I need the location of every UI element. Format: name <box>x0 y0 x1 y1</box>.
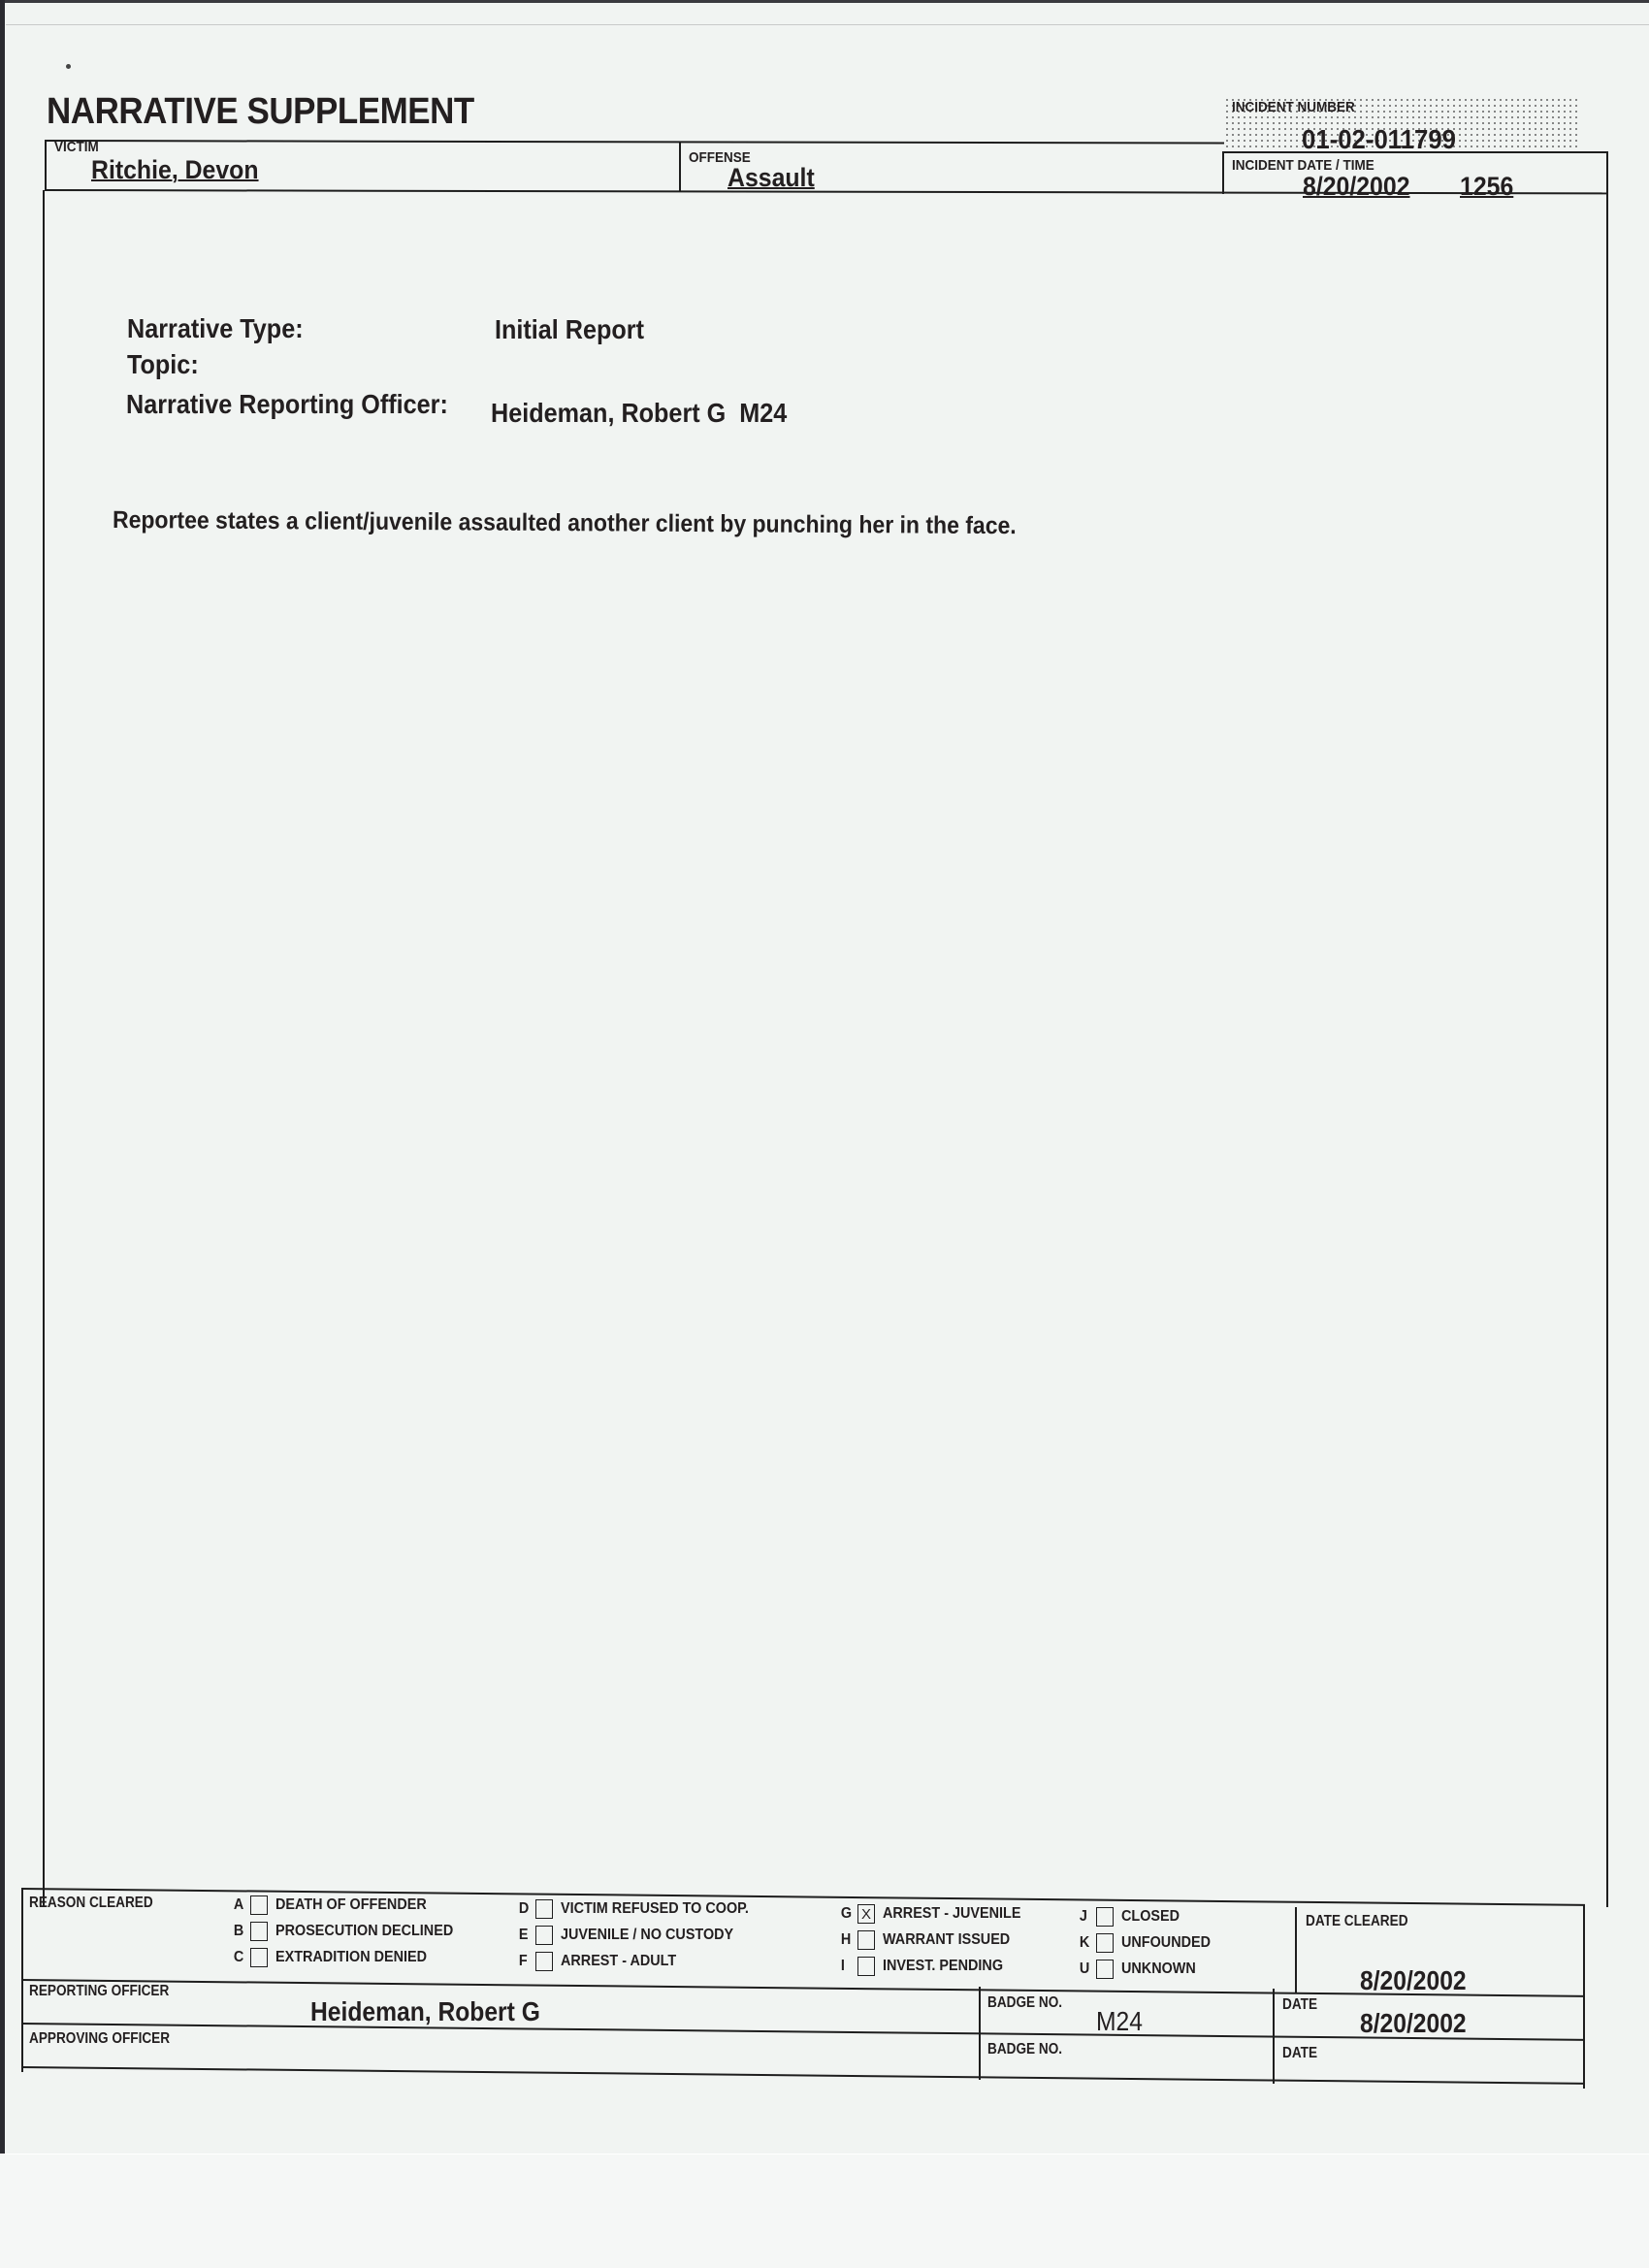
option-label: EXTRADITION DENIED <box>275 1949 427 1966</box>
header-left-line <box>45 140 47 191</box>
approving-top-line <box>21 2023 1585 2041</box>
reporting-officer-value: Heideman, Robert G <box>310 1996 540 2027</box>
option-label: JUVENILE / NO CUSTODY <box>561 1927 733 1944</box>
checkbox-unfounded[interactable]: K UNFOUNDED <box>1079 1933 1220 1953</box>
frame-right-line <box>1606 190 1608 1907</box>
option-label: ARREST - JUVENILE <box>883 1905 1020 1923</box>
date-cleared-value: 8/20/2002 <box>1360 1965 1467 1996</box>
approving-officer-label: APPROVING OFFICER <box>29 2030 170 2048</box>
reporting-date-label: DATE <box>1282 1996 1317 2014</box>
badge-divider <box>979 1987 981 2080</box>
date-divider <box>1273 1989 1275 2084</box>
narrative-body: Reportee states a client/juvenile assaul… <box>113 506 1017 540</box>
checkbox[interactable] <box>1096 1960 1114 1979</box>
checkbox-checked[interactable]: X <box>857 1904 875 1924</box>
approving-date-label: DATE <box>1282 2045 1317 2062</box>
narrative-type-value: Initial Report <box>495 314 644 345</box>
option-letter: D <box>519 1900 534 1918</box>
scan-fold-line <box>6 24 1649 25</box>
option-letter: K <box>1080 1934 1095 1952</box>
checkbox[interactable] <box>535 1899 553 1919</box>
offense-divider <box>679 142 681 192</box>
offense-value: Assault <box>727 163 815 193</box>
checkbox-juvenile-no-custody[interactable]: E JUVENILE / NO CUSTODY <box>518 1926 753 1945</box>
scan-bottom-strip <box>0 2154 1649 2268</box>
checkbox[interactable] <box>250 1948 268 1967</box>
option-label: ARREST - ADULT <box>561 1953 676 1970</box>
incident-date-divider <box>1222 151 1224 194</box>
checkbox[interactable] <box>857 1930 875 1950</box>
option-label: UNKNOWN <box>1121 1960 1196 1978</box>
checkbox-extradition-denied[interactable]: C EXTRADITION DENIED <box>233 1948 443 1967</box>
victim-label: VICTIM <box>54 139 99 155</box>
checkbox[interactable] <box>1096 1907 1114 1927</box>
incident-time-value: 1256 <box>1460 172 1513 202</box>
option-letter: G <box>841 1905 857 1923</box>
checkbox-invest-pending[interactable]: I INVEST. PENDING <box>840 1957 1017 1976</box>
option-label: PROSECUTION DECLINED <box>275 1923 453 1940</box>
header-top-line <box>45 140 1224 145</box>
checkbox-death-of-offender[interactable]: A DEATH OF OFFENDER <box>233 1895 443 1915</box>
option-letter: I <box>841 1958 857 1975</box>
frame-left-line <box>43 190 45 1907</box>
narrative-officer-label: Narrative Reporting Officer: <box>126 389 448 420</box>
option-label: UNFOUNDED <box>1121 1934 1211 1952</box>
victim-value: Ritchie, Devon <box>91 155 259 185</box>
checkbox[interactable] <box>535 1926 553 1945</box>
topic-label: Topic: <box>127 349 199 380</box>
option-letter: J <box>1080 1908 1095 1926</box>
incident-date-top-line <box>1222 151 1608 153</box>
option-letter: A <box>234 1896 249 1914</box>
option-letter: E <box>519 1927 534 1944</box>
checkbox-arrest-adult[interactable]: F ARREST - ADULT <box>518 1952 689 1971</box>
reporting-badge-value: M24 <box>1096 2006 1143 2037</box>
option-letter: H <box>841 1931 857 1949</box>
scan-speck <box>66 64 71 69</box>
option-label: INVEST. PENDING <box>883 1958 1003 1975</box>
form-title: NARRATIVE SUPPLEMENT <box>47 91 474 133</box>
option-label: CLOSED <box>1121 1908 1180 1926</box>
reporting-date-value: 8/20/2002 <box>1360 2008 1467 2039</box>
option-label: DEATH OF OFFENDER <box>275 1896 427 1914</box>
checkbox-unknown[interactable]: U UNKNOWN <box>1079 1960 1204 1979</box>
checkbox-warrant-issued[interactable]: H WARRANT ISSUED <box>840 1930 1024 1950</box>
reporting-badge-label: BADGE NO. <box>987 1994 1062 2012</box>
incident-number-label: INCIDENT NUMBER <box>1232 99 1355 115</box>
option-label: WARRANT ISSUED <box>883 1931 1010 1949</box>
checkbox[interactable] <box>250 1922 268 1941</box>
option-label: VICTIM REFUSED TO COOP. <box>561 1900 749 1918</box>
option-letter: B <box>234 1923 249 1940</box>
checkbox-closed[interactable]: J CLOSED <box>1079 1907 1186 1927</box>
narrative-officer-value: Heideman, Robert G M24 <box>491 398 787 429</box>
date-cleared-label: DATE CLEARED <box>1306 1913 1408 1930</box>
incident-date-value: 8/20/2002 <box>1303 172 1410 202</box>
checkbox-prosecution-declined[interactable]: B PROSECUTION DECLINED <box>233 1922 473 1941</box>
bottom-line <box>21 2066 1585 2085</box>
checkbox-arrest-juvenile[interactable]: G X ARREST - JUVENILE <box>840 1904 1036 1924</box>
approving-badge-label: BADGE NO. <box>987 2041 1062 2058</box>
date-cleared-divider <box>1295 1907 1297 1993</box>
checkbox[interactable] <box>1096 1933 1114 1953</box>
checkbox[interactable] <box>535 1952 553 1971</box>
reason-cleared-label: REASON CLEARED <box>29 1895 153 1912</box>
narrative-type-label: Narrative Type: <box>127 313 304 344</box>
scan-edge-top <box>0 0 1649 3</box>
reporting-officer-label: REPORTING OFFICER <box>29 1983 169 2000</box>
option-letter: U <box>1080 1960 1095 1978</box>
option-letter: C <box>234 1949 249 1966</box>
scan-edge-left <box>0 0 5 2154</box>
checkbox[interactable] <box>250 1895 268 1915</box>
checkbox[interactable] <box>857 1957 875 1976</box>
reporting-top-line <box>21 1979 1585 1997</box>
header-right-line <box>1606 151 1608 194</box>
option-letter: F <box>519 1953 534 1970</box>
checkbox-victim-refused[interactable]: D VICTIM REFUSED TO COOP. <box>518 1899 769 1919</box>
